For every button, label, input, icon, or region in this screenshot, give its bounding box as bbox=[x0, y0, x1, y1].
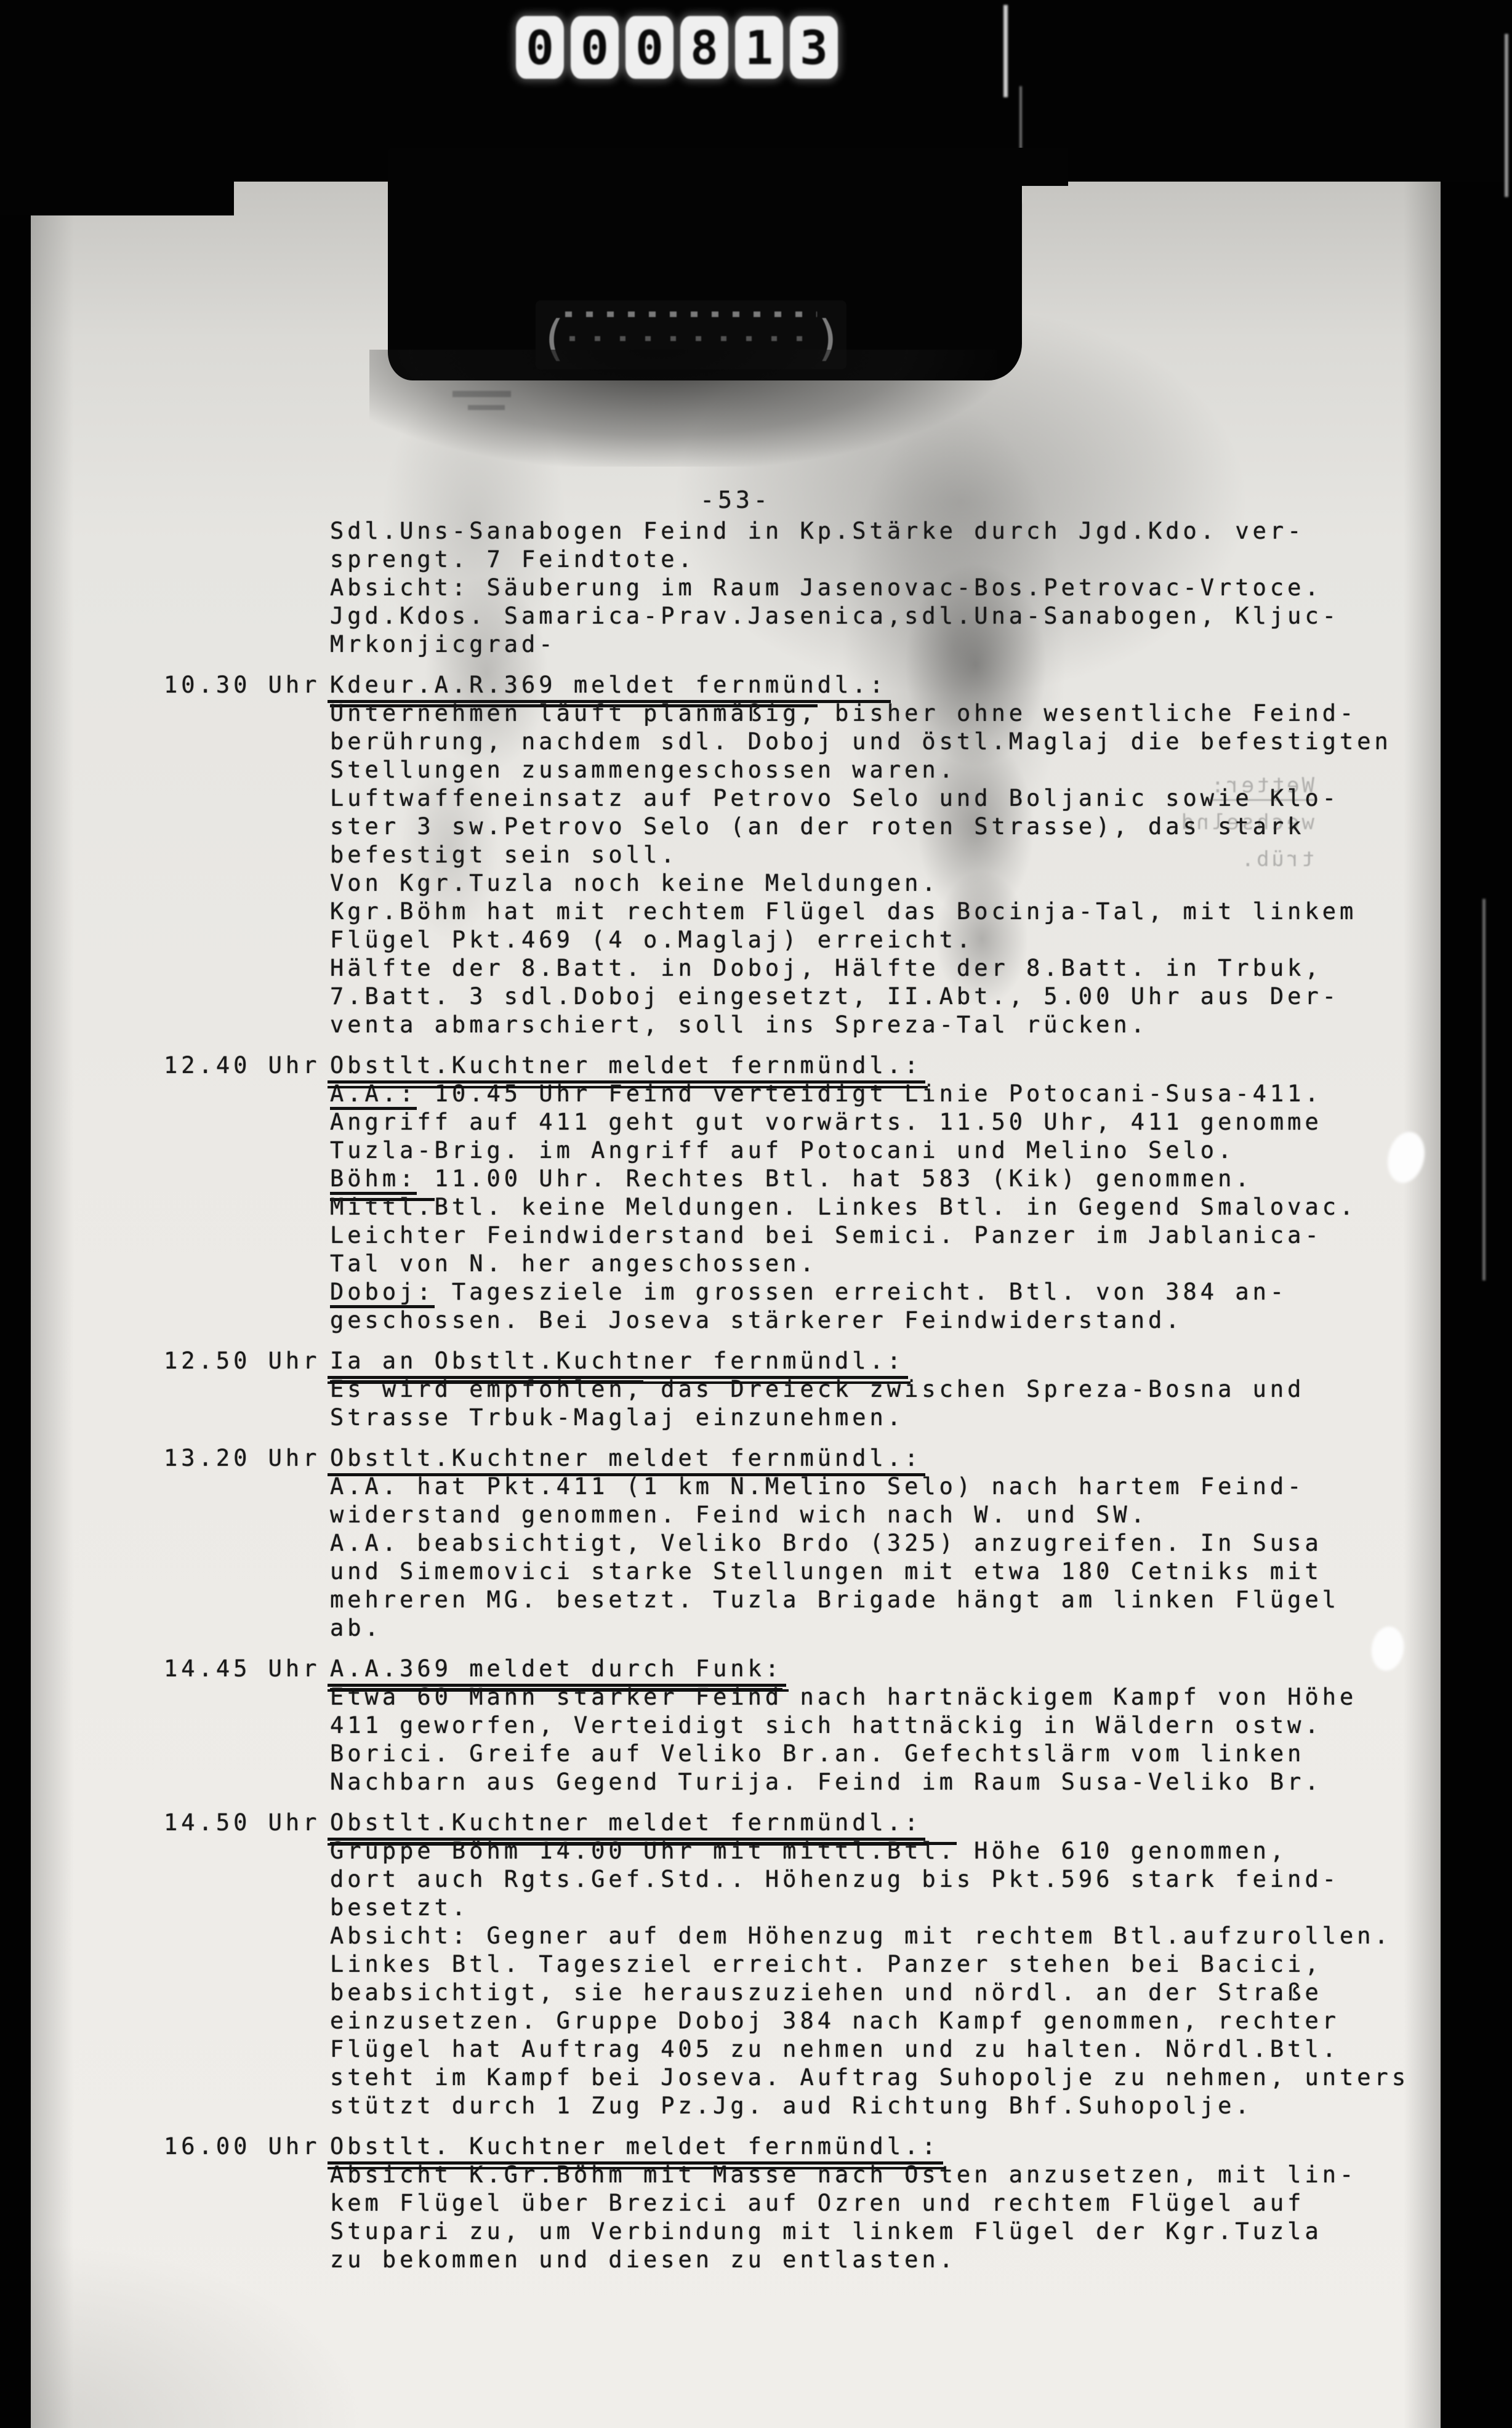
text-segment: Jgd.Kdos. Samarica-Prav.Jasenica,sdl.Una… bbox=[330, 603, 1340, 629]
diary-entry: 14.50 UhrObstlt.Kuchtner meldet fernmünd… bbox=[0, 1809, 1512, 2120]
struck-text: Etwa 60 Mann starker Feind bbox=[330, 1684, 782, 1710]
text-line: Stellungen zusammengeschossen waren. bbox=[330, 756, 1512, 784]
underlined-label: A.A.: bbox=[330, 1080, 417, 1110]
smudge-mark bbox=[452, 391, 511, 397]
entry-time: 10.30 Uhr bbox=[164, 671, 320, 699]
text-line: venta abmarschiert, soll ins Spreza-Tal … bbox=[330, 1011, 1512, 1039]
text-line: ster 3 sw.Petrovo Selo (an der roten Str… bbox=[330, 813, 1512, 841]
text-segment: Stupari zu, um Verbindung mit linkem Flü… bbox=[330, 2218, 1322, 2245]
film-top-band-corner bbox=[0, 0, 234, 215]
text-line: stützt durch 1 Zug Pz.Jg. aud Richtung B… bbox=[330, 2092, 1512, 2120]
text-line: Luftwaffeneinsatz auf Petrovo Selo und B… bbox=[330, 784, 1512, 813]
text-line: Tal von N. her angeschossen. bbox=[330, 1250, 1512, 1278]
text-line: A.A.: 10.45 Uhr Feind verteidigt Linie P… bbox=[330, 1080, 1512, 1108]
photostat-scan: -53- 000813 ( ) Wetter:wechselndtrüb. Sd… bbox=[0, 0, 1512, 2428]
text-line: Nachbarn aus Gegend Turija. Feind im Rau… bbox=[330, 1768, 1512, 1796]
text-segment: Mrkonjicgrad- bbox=[330, 631, 557, 657]
entry-header-line: Obstlt.Kuchtner meldet fernmündl.: bbox=[330, 1809, 1512, 1837]
entry-time: 14.45 Uhr bbox=[164, 1655, 320, 1683]
text-line: Gruppe Böhm 14.00 Uhr mit mittl.Btl. Höh… bbox=[330, 1837, 1512, 1865]
entry-time: 16.00 Uhr bbox=[164, 2133, 320, 2161]
intro-paragraph: Sdl.Uns-Sanabogen Feind in Kp.Stärke dur… bbox=[0, 517, 1512, 659]
text-line: Jgd.Kdos. Samarica-Prav.Jasenica,sdl.Una… bbox=[330, 602, 1512, 630]
text-line: widerstand genommen. Feind wich nach W. … bbox=[330, 1501, 1512, 1529]
text-line: Leichter Feindwiderstand bei Semici. Pan… bbox=[330, 1221, 1512, 1250]
page-number: -53- bbox=[31, 486, 1441, 513]
entry-header: Obstlt.Kuchtner meldet fernmündl.: bbox=[330, 1809, 922, 1837]
page-counter-stamp: 000813 bbox=[516, 16, 838, 79]
text-line: sprengt. 7 Feindtote. bbox=[330, 545, 1512, 574]
struck-text: Mittl. bbox=[330, 1194, 435, 1220]
text-line: Mittl.Btl. keine Meldungen. Linkes Btl. … bbox=[330, 1193, 1512, 1221]
entry-header: A.A.369 meldet durch Funk: bbox=[330, 1655, 782, 1683]
struck-text: Unternehmen läuft planmäßig, bbox=[330, 700, 818, 726]
film-strip: ( ) bbox=[536, 300, 846, 369]
text-line: Absicht: Säuberung im Raum Jasenovac-Bos… bbox=[330, 574, 1512, 602]
text-segment: Flügel hat Auftrag 405 zu nehmen und zu … bbox=[330, 2036, 1340, 2062]
text-segment: einzusetzen. Gruppe Doboj 384 nach Kampf… bbox=[330, 2008, 1340, 2034]
text-line: ab. bbox=[330, 1614, 1512, 1642]
text-segment: widerstand genommen. Feind wich nach W. … bbox=[330, 1501, 1148, 1528]
text-segment: ster 3 sw.Petrovo Selo (an der roten Str… bbox=[330, 813, 1305, 840]
entry-header-line: Obstlt.Kuchtner meldet fernmündl.: bbox=[330, 1051, 1512, 1080]
diary-entry: 16.00 UhrObstlt. Kuchtner meldet fernmün… bbox=[0, 2133, 1512, 2274]
entry-header-line: A.A.369 meldet durch Funk: bbox=[330, 1655, 1512, 1683]
text-line: Angriff auf 411 geht gut vorwärts. 11.50… bbox=[330, 1108, 1512, 1136]
text-segment: A.A. beabsichtigt, Veliko Brdo (325) anz… bbox=[330, 1530, 1322, 1556]
text-segment: befestigt sein soll. bbox=[330, 842, 678, 868]
text-segment: Linkes Btl. Tagesziel erreicht. Panzer s… bbox=[330, 1951, 1322, 1977]
text-line: 411 geworfen, Verteidigt sich hattnäckig… bbox=[330, 1711, 1512, 1740]
text-line: A.A. hat Pkt.411 (1 km N.Melino Selo) na… bbox=[330, 1473, 1512, 1501]
smudge-mark bbox=[468, 405, 505, 410]
text-segment: Höhe 610 genommen, bbox=[957, 1838, 1287, 1864]
text-segment: Tuzla-Brig. im Angriff auf Potocani und … bbox=[330, 1137, 1235, 1164]
text-line: Flügel hat Auftrag 405 zu nehmen und zu … bbox=[330, 2035, 1512, 2064]
text-line: Linkes Btl. Tagesziel erreicht. Panzer s… bbox=[330, 1950, 1512, 1979]
text-segment: und Simemovici starke Stellungen mit etw… bbox=[330, 1558, 1322, 1585]
text-line: Etwa 60 Mann starker Feind nach hartnäck… bbox=[330, 1683, 1512, 1711]
text-line: Kgr.Böhm hat mit rechtem Flügel das Boci… bbox=[330, 898, 1512, 926]
text-line: besetzt. bbox=[330, 1894, 1512, 1922]
text-line: Mrkonjicgrad- bbox=[330, 630, 1512, 659]
text-line: Borici. Greife auf Veliko Br.an. Gefecht… bbox=[330, 1740, 1512, 1768]
text-segment: nach hartnäckigem Kampf von Höhe bbox=[782, 1684, 1357, 1710]
text-line: beabsichtigt, sie herauszuziehen und nör… bbox=[330, 1979, 1512, 2007]
text-line: Stupari zu, um Verbindung mit linkem Flü… bbox=[330, 2217, 1512, 2246]
text-segment: Angriff auf 411 geht gut vorwärts. 11.50… bbox=[330, 1109, 1322, 1135]
text-line: steht im Kampf bei Joseva. Auftrag Suhop… bbox=[330, 2064, 1512, 2092]
text-line: Tuzla-Brig. im Angriff auf Potocani und … bbox=[330, 1136, 1512, 1165]
text-segment: ab. bbox=[330, 1615, 382, 1641]
film-scratch bbox=[1003, 5, 1008, 97]
underlined-label: Doboj: bbox=[330, 1279, 435, 1308]
text-segment: Hälfte der 8.Batt. in Doboj, Hälfte der … bbox=[330, 955, 1322, 981]
text-line: Absicht: Gegner auf dem Höhenzug mit rec… bbox=[330, 1922, 1512, 1950]
entry-header: Kdeur.A.R.369 meldet fernmündl.: bbox=[330, 671, 887, 699]
text-line: kem Flügel über Brezici auf Ozren und re… bbox=[330, 2189, 1512, 2217]
entry-header-line: Ia an Obstlt.Kuchtner fernmündl.: bbox=[330, 1347, 1512, 1375]
text-segment: Stellungen zusammengeschossen waren. bbox=[330, 757, 957, 783]
text-segment: Absicht K.Gr.Böhm mit Masse nach Osten a… bbox=[330, 2161, 1357, 2188]
stamp-digit: 8 bbox=[680, 16, 728, 79]
text-line: A.A. beabsichtigt, Veliko Brdo (325) anz… bbox=[330, 1529, 1512, 1558]
diary-entries: 10.30 UhrKdeur.A.R.369 meldet fernmündl.… bbox=[0, 671, 1512, 2274]
text-segment: 11.00 Uhr. Rechtes Btl. hat 583 (Kik) ge… bbox=[417, 1165, 1252, 1192]
text-segment: zu bekommen und diesen zu entlasten. bbox=[330, 2246, 957, 2273]
text-line: Von Kgr.Tuzla noch keine Meldungen. bbox=[330, 869, 1512, 898]
stamp-digit: 0 bbox=[571, 16, 619, 79]
text-segment: 411 geworfen, Verteidigt sich hattnäckig… bbox=[330, 1712, 1322, 1739]
stamp-digit: 3 bbox=[790, 16, 838, 79]
text-line: zu bekommen und diesen zu entlasten. bbox=[330, 2246, 1512, 2274]
text-line: dort auch Rgts.Gef.Std.. Höhenzug bis Pk… bbox=[330, 1865, 1512, 1894]
text-segment: besetzt. bbox=[330, 1894, 469, 1921]
text-segment: geschossen. Bei Joseva stärkerer Feindwi… bbox=[330, 1307, 1183, 1333]
stamp-digit: 0 bbox=[516, 16, 564, 79]
text-line: Doboj: Tagesziele im grossen erreicht. B… bbox=[330, 1278, 1512, 1306]
text-segment: Kgr.Böhm hat mit rechtem Flügel das Boci… bbox=[330, 898, 1357, 925]
text-segment: bisher ohne wesentliche Feind- bbox=[818, 700, 1357, 726]
underlined-label: Böhm: bbox=[330, 1165, 417, 1195]
text-segment: venta abmarschiert, soll ins Spreza-Tal … bbox=[330, 1011, 1148, 1038]
text-segment: Leichter Feindwiderstand bei Semici. Pan… bbox=[330, 1222, 1322, 1248]
stamp-digit: 0 bbox=[625, 16, 674, 79]
text-segment: 7.Batt. 3 sdl.Doboj eingesetzt, II.Abt.,… bbox=[330, 983, 1340, 1010]
diary-entry: 12.40 UhrObstlt.Kuchtner meldet fernmünd… bbox=[0, 1051, 1512, 1335]
entry-header-line: Kdeur.A.R.369 meldet fernmündl.: bbox=[330, 671, 1512, 699]
entry-header: Ia an Obstlt.Kuchtner fernmündl.: bbox=[330, 1347, 904, 1375]
text-line: Sdl.Uns-Sanabogen Feind in Kp.Stärke dur… bbox=[330, 517, 1512, 545]
text-segment: A.A. hat Pkt.411 (1 km N.Melino Selo) na… bbox=[330, 1473, 1305, 1500]
text-line: Strasse Trbuk-Maglaj einzunehmen. bbox=[330, 1404, 1512, 1432]
text-line: Flügel Pkt.469 (4 o.Maglaj) erreicht. bbox=[330, 926, 1512, 954]
text-line: befestigt sein soll. bbox=[330, 841, 1512, 869]
strip-perforations bbox=[565, 312, 817, 351]
text-segment: Borici. Greife auf Veliko Br.an. Gefecht… bbox=[330, 1740, 1305, 1767]
text-segment: Absicht: Säuberung im Raum Jasenovac-Bos… bbox=[330, 574, 1322, 601]
stamp-digit: 1 bbox=[735, 16, 783, 79]
text-line: einzusetzen. Gruppe Doboj 384 nach Kampf… bbox=[330, 2007, 1512, 2035]
text-line: Hälfte der 8.Batt. in Doboj, Hälfte der … bbox=[330, 954, 1512, 983]
entry-header: Obstlt.Kuchtner meldet fernmündl.: bbox=[330, 1444, 922, 1473]
text-line: Böhm: 11.00 Uhr. Rechtes Btl. hat 583 (K… bbox=[330, 1165, 1512, 1193]
entry-time: 12.50 Uhr bbox=[164, 1347, 320, 1375]
text-line: Es wird empfohlen, das Dreieck zwischen … bbox=[330, 1375, 1512, 1404]
text-line: und Simemovici starke Stellungen mit etw… bbox=[330, 1558, 1512, 1586]
text-line: geschossen. Bei Joseva stärkerer Feindwi… bbox=[330, 1306, 1512, 1335]
entry-time: 13.20 Uhr bbox=[164, 1444, 320, 1473]
diary-entry: 14.45 UhrA.A.369 meldet durch Funk:Etwa … bbox=[0, 1655, 1512, 1796]
typewritten-text: Sdl.Uns-Sanabogen Feind in Kp.Stärke dur… bbox=[0, 517, 1512, 2274]
struck-text: Es wird empfohlen, bbox=[330, 1376, 643, 1402]
text-segment: Strasse Trbuk-Maglaj einzunehmen. bbox=[330, 1404, 904, 1431]
text-line: 7.Batt. 3 sdl.Doboj eingesetzt, II.Abt.,… bbox=[330, 983, 1512, 1011]
text-segment: stützt durch 1 Zug Pz.Jg. aud Richtung B… bbox=[330, 2092, 1253, 2119]
diary-entry: 13.20 UhrObstlt.Kuchtner meldet fernmünd… bbox=[0, 1444, 1512, 1642]
struck-text: Gruppe Böhm 14.00 Uhr mit mittl.Btl. bbox=[330, 1838, 957, 1864]
text-segment: mehreren MG. besetzt. Tuzla Brigade häng… bbox=[330, 1586, 1340, 1613]
text-line: berührung, nachdem sdl. Doboj und östl.M… bbox=[330, 728, 1512, 756]
entry-header: Obstlt. Kuchtner meldet fernmündl.: bbox=[330, 2133, 939, 2161]
text-segment: kem Flügel über Brezici auf Ozren und re… bbox=[330, 2190, 1305, 2216]
text-segment: sprengt. 7 Feindtote. bbox=[330, 546, 696, 573]
entry-header: Obstlt.Kuchtner meldet fernmündl.: bbox=[330, 1051, 922, 1080]
text-segment: Tagesziele im grossen erreicht. Btl. von… bbox=[435, 1279, 1288, 1305]
text-line: mehreren MG. besetzt. Tuzla Brigade häng… bbox=[330, 1586, 1512, 1614]
text-segment: berührung, nachdem sdl. Doboj und östl.M… bbox=[330, 728, 1392, 755]
text-segment: beabsichtigt, sie herauszuziehen und nör… bbox=[330, 1979, 1322, 2006]
text-segment: Sdl.Uns-Sanabogen Feind in Kp.Stärke dur… bbox=[330, 518, 1305, 544]
text-segment: 10.45 Uhr Feind verteidigt Linie Potocan… bbox=[417, 1080, 1322, 1107]
text-segment: Btl. keine Meldungen. Linkes Btl. in Geg… bbox=[435, 1194, 1357, 1220]
text-segment: Von Kgr.Tuzla noch keine Meldungen. bbox=[330, 870, 939, 896]
diary-entry: 10.30 UhrKdeur.A.R.369 meldet fernmündl.… bbox=[0, 671, 1512, 1039]
diary-entry: 12.50 UhrIa an Obstlt.Kuchtner fernmündl… bbox=[0, 1347, 1512, 1432]
text-segment: steht im Kampf bei Joseva. Auftrag Suhop… bbox=[330, 2064, 1409, 2091]
text-segment: Absicht: Gegner auf dem Höhenzug mit rec… bbox=[330, 1923, 1392, 1949]
entry-header-line: Obstlt.Kuchtner meldet fernmündl.: bbox=[330, 1444, 1512, 1473]
strip-bracket-right: ) bbox=[814, 308, 843, 369]
entry-time: 12.40 Uhr bbox=[164, 1051, 320, 1080]
film-scratch bbox=[1505, 34, 1508, 197]
text-segment: das Dreieck zwischen Spreza-Bosna und bbox=[643, 1376, 1305, 1402]
entry-header-line: Obstlt. Kuchtner meldet fernmündl.: bbox=[330, 2133, 1512, 2161]
text-segment: dort auch Rgts.Gef.Std.. Höhenzug bis Pk… bbox=[330, 1866, 1340, 1892]
entry-time: 14.50 Uhr bbox=[164, 1809, 320, 1837]
text-segment: Luftwaffeneinsatz auf Petrovo Selo und B… bbox=[330, 785, 1340, 811]
text-segment: Tal von N. her angeschossen. bbox=[330, 1250, 818, 1277]
text-segment: Nachbarn aus Gegend Turija. Feind im Rau… bbox=[330, 1769, 1322, 1795]
tape-blob: ( ) bbox=[388, 148, 1022, 380]
strip-bracket-left: ( bbox=[539, 308, 568, 369]
text-line: Absicht K.Gr.Böhm mit Masse nach Osten a… bbox=[330, 2161, 1512, 2189]
text-line: Unternehmen läuft planmäßig, bisher ohne… bbox=[330, 699, 1512, 728]
text-segment: Flügel Pkt.469 (4 o.Maglaj) erreicht. bbox=[330, 927, 974, 953]
